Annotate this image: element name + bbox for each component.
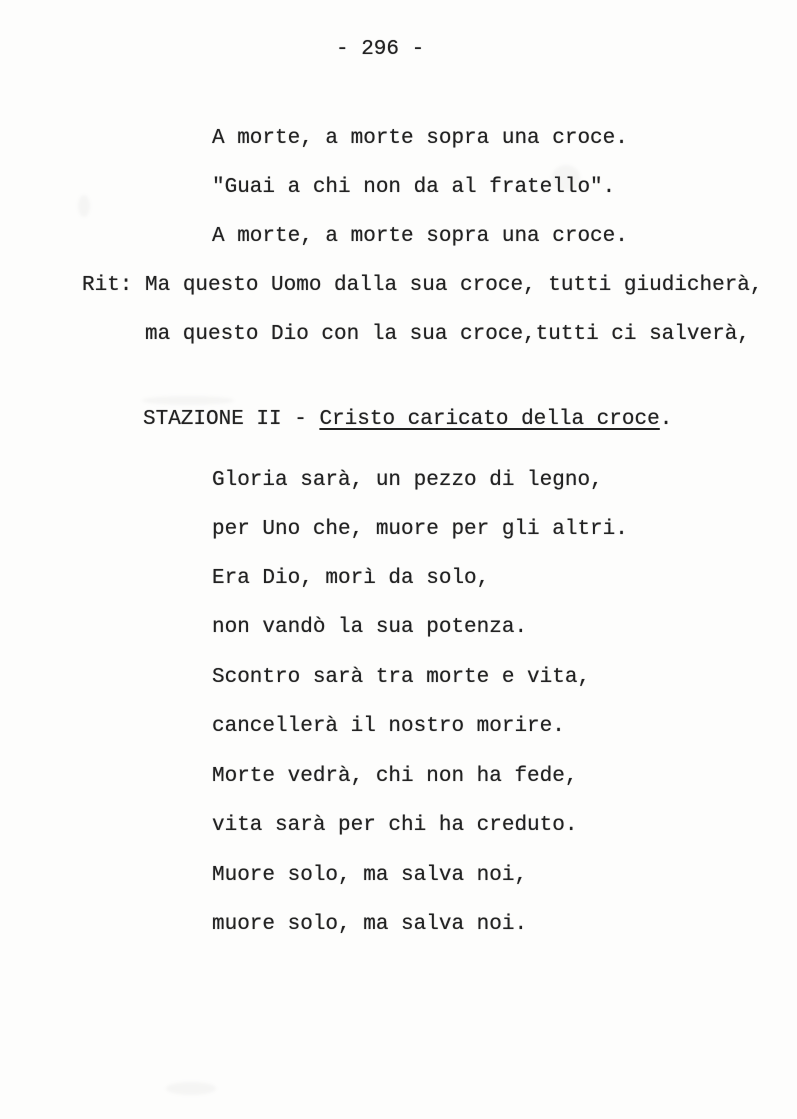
scanned-page: - 296 - A morte, a morte sopra una croce…	[0, 0, 797, 1119]
scan-smudge	[142, 396, 234, 405]
station-label: STAZIONE II -	[143, 408, 319, 431]
verse2-line: muore solo, ma salva noi.	[212, 910, 527, 940]
verse2-line: Morte vedrà, chi non ha fede,	[212, 762, 577, 792]
refrain-line: Rit: Ma questo Uomo dalla sua croce, tut…	[82, 271, 763, 301]
scan-smudge	[78, 195, 90, 217]
verse2-line: cancellerà il nostro morire.	[212, 712, 565, 742]
verse2-line: Era Dio, morì da solo,	[212, 564, 489, 594]
verse2-line: vita sarà per chi ha creduto.	[212, 811, 577, 841]
scan-smudge	[552, 165, 580, 191]
station-title: Cristo caricato della croce	[319, 408, 659, 431]
page-number: - 296 -	[336, 35, 424, 65]
refrain-line: ma questo Dio con la sua croce,tutti ci …	[145, 320, 750, 350]
station-heading-period: .	[660, 408, 673, 431]
scan-smudge	[166, 1082, 216, 1095]
verse2-line: Gloria sarà, un pezzo di legno,	[212, 466, 603, 496]
station-heading: STAZIONE II - Cristo caricato della croc…	[143, 405, 672, 435]
verse2-line: Muore solo, ma salva noi,	[212, 861, 527, 891]
verse2-line: non vandò la sua potenza.	[212, 613, 527, 643]
verse1-line: A morte, a morte sopra una croce.	[212, 124, 628, 154]
verse2-line: per Uno che, muore per gli altri.	[212, 515, 628, 545]
verse2-line: Scontro sarà tra morte e vita,	[212, 663, 590, 693]
verse1-line: A morte, a morte sopra una croce.	[212, 222, 628, 252]
